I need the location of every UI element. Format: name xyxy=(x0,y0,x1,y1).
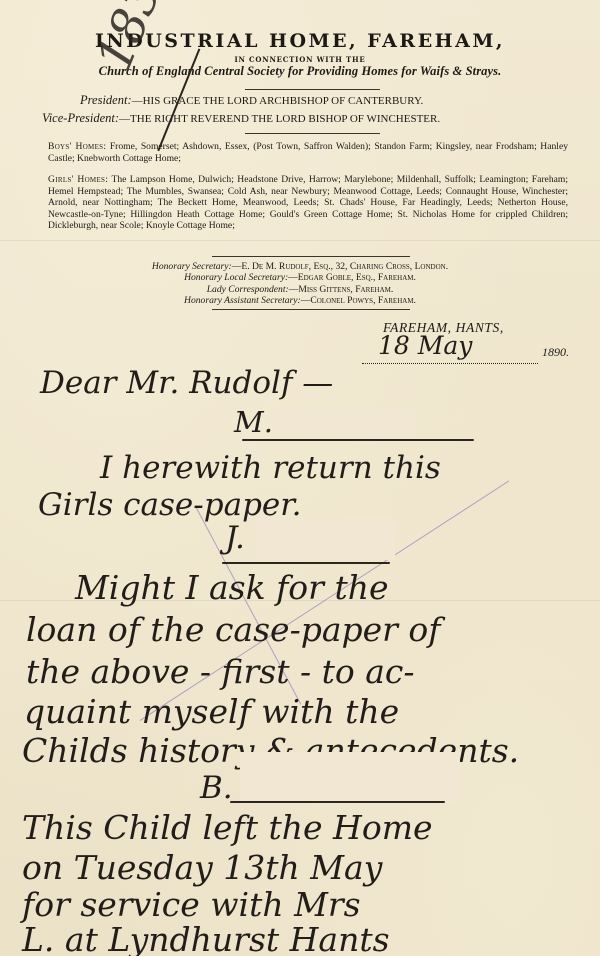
secretaries: Honorary Secretary:—E. De M. Rudolf, Esq… xyxy=(0,261,600,307)
letter-line: B. xyxy=(200,770,233,806)
girls-homes-label: Girls' Homes: xyxy=(48,174,108,185)
vice-president-line: Vice-President:—THE RIGHT REVEREND THE L… xyxy=(42,111,440,126)
letter-line: I herewith return this xyxy=(100,450,441,486)
boys-homes: Boys' Homes: Frome, Somerset; Ashdown, E… xyxy=(48,141,568,164)
letter-line: the above - first - to ac- xyxy=(26,652,415,691)
secretary-line: Lady Correspondent:—Miss Gittens, Fareha… xyxy=(0,284,600,295)
redacted-name xyxy=(272,410,417,440)
letter-line: quaint myself with the xyxy=(24,692,399,731)
president-role: President: xyxy=(80,93,132,107)
divider xyxy=(212,309,410,310)
boys-homes-label: Boys' Homes: xyxy=(48,141,106,152)
underline xyxy=(242,439,474,441)
divider xyxy=(245,133,380,134)
redacted-name xyxy=(240,752,460,804)
divider xyxy=(245,89,380,90)
girls-homes: Girls' Homes: The Lampson Home, Dulwich;… xyxy=(48,174,568,232)
letter-line: L. at Lyndhurst Hants xyxy=(22,920,390,956)
letter-page: INDUSTRIAL HOME, FAREHAM, IN CONNECTION … xyxy=(0,0,600,956)
letter-line: on Tuesday 13th May xyxy=(22,848,382,887)
letter-line: J. xyxy=(225,520,245,556)
underline xyxy=(222,562,390,564)
letter-line: loan of the case-paper of xyxy=(26,610,441,649)
letter-line: for service with Mrs xyxy=(22,885,361,924)
secretary-line: Honorary Secretary:—E. De M. Rudolf, Esq… xyxy=(0,261,600,272)
underline xyxy=(230,801,445,803)
society-name: Church of England Central Society for Pr… xyxy=(0,64,600,79)
president-line: President:—HIS GRACE THE LORD ARCHBISHOP… xyxy=(80,93,423,108)
secretary-line: Honorary Local Secretary:—Edgar Goble, E… xyxy=(0,272,600,283)
paper-fold xyxy=(0,240,600,241)
girls-homes-list: The Lampson Home, Dulwich; Headstone Dri… xyxy=(48,174,568,231)
letter-line: This Child left the Home xyxy=(22,808,433,847)
secretary-line: Honorary Assistant Secretary:—Colonel Po… xyxy=(0,295,600,306)
vice-president-role: Vice-President: xyxy=(42,111,119,125)
boys-homes-list: Frome, Somerset; Ashdown, Essex, (Post T… xyxy=(48,141,568,164)
letter-line: M. xyxy=(234,405,273,439)
letter-line: Might I ask for the xyxy=(75,568,388,607)
redacted-name xyxy=(255,518,395,560)
handwritten-date: 18 May xyxy=(378,331,472,360)
year: 1890. xyxy=(542,345,569,360)
salutation: Dear Mr. Rudolf — xyxy=(40,365,333,401)
divider xyxy=(212,256,410,257)
